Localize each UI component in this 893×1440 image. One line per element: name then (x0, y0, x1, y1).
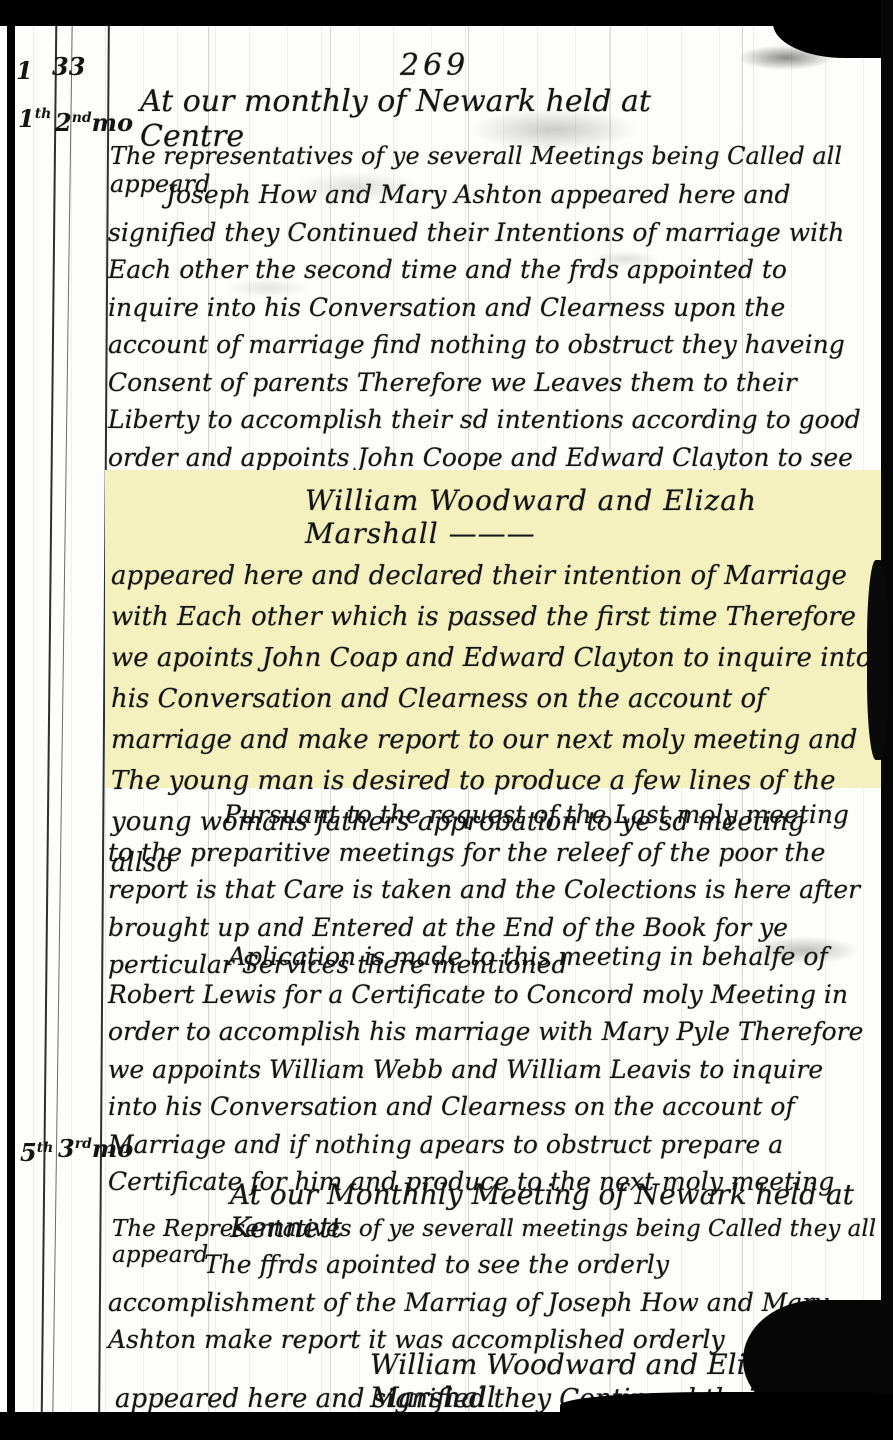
margin-year-fragment: 33 (52, 52, 85, 81)
scan-border-bottom (0, 1412, 893, 1440)
manuscript-page-scan: 269 1 33 1th 2ndmo 5th 3rdmo At our mont… (0, 0, 893, 1440)
margin-day-suffix: th (35, 106, 52, 122)
scan-blob-right-middle (867, 560, 889, 760)
margin-date-month: 2ndmo (55, 108, 133, 137)
margin-day-number: 5 (20, 1138, 37, 1167)
margin-day-suffix: th (37, 1140, 54, 1156)
margin-month-suffix: nd (72, 110, 92, 126)
highlight-block: William Woodward and Elizah Marshall ———… (105, 470, 881, 788)
paragraph-application-robert-lewis: Aplication is made to this meeting in be… (108, 938, 880, 1201)
highlight-names-line: William Woodward and Elizah Marshall ——— (105, 470, 881, 550)
scan-border-top (0, 0, 893, 26)
margin-date-day: 1th (18, 104, 51, 133)
margin-month-number: 2 (55, 108, 72, 137)
margin-day-number: 1 (18, 104, 35, 133)
page-number: 269 (400, 48, 469, 83)
margin-year-fragment: 1 (16, 56, 33, 85)
scan-border-left (7, 0, 15, 1440)
margin-date-day: 5th (20, 1138, 53, 1167)
margin-month-suffix: rd (75, 1136, 92, 1152)
scan-border-top-right-blob (773, 0, 893, 58)
margin-month-number: 3 (58, 1134, 75, 1163)
margin-month-unit: mo (92, 108, 133, 137)
